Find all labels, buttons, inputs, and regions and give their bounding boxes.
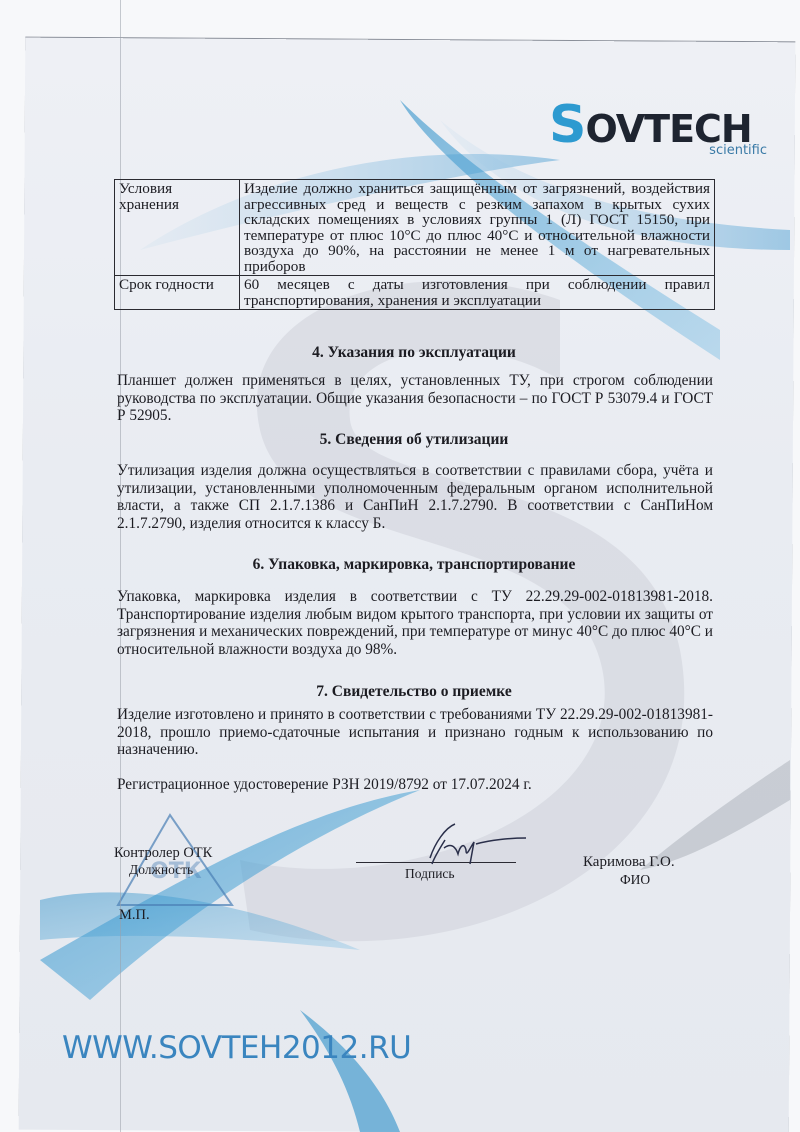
section-text-acceptance: Изделие изготовлено и принято в соответс…: [117, 706, 713, 759]
section-title-operation: 4. Указания по эксплуатации: [114, 344, 714, 362]
footer-website: WWW.SOVTEH2012.RU: [62, 1030, 411, 1066]
section-title-disposal: 5. Сведения об утилизации: [114, 431, 714, 449]
table-row: Условия хранения Изделие должно хранитьс…: [115, 180, 715, 276]
section-text-operation: Планшет должен применяться в целях, уста…: [117, 372, 713, 425]
name-value: Каримова Г.О.: [583, 854, 675, 871]
section-title-packaging: 6. Упаковка, маркировка, транспортирован…: [114, 556, 714, 574]
specification-table: Условия хранения Изделие должно хранитьс…: [114, 179, 715, 310]
name-label: ФИО: [620, 872, 650, 888]
position-label: Должность: [129, 862, 193, 878]
table-key: Срок годности: [115, 276, 240, 310]
registration-certificate: Регистрационное удостоверение РЗН 2019/8…: [117, 776, 532, 794]
table-value: Изделие должно храниться защищённым от з…: [240, 180, 715, 276]
table-value: 60 месяцев с даты изготовления при соблю…: [240, 276, 715, 310]
sovtech-logo: SOVTECH scientific: [549, 105, 779, 158]
table-row: Срок годности 60 месяцев с даты изготовл…: [115, 276, 715, 310]
position-value: Контролер ОТК: [114, 845, 212, 862]
table-key: Условия хранения: [115, 180, 240, 276]
stamp-label: М.П.: [119, 907, 150, 924]
section-text-packaging: Упаковка, маркировка изделия в соответст…: [117, 588, 713, 658]
signature-label: Подпись: [405, 866, 455, 882]
logo-initial: S: [549, 95, 585, 155]
section-text-disposal: Утилизация изделия должна осуществляться…: [117, 462, 713, 532]
handwritten-signature: [400, 818, 530, 868]
section-title-acceptance: 7. Свидетельство о приемке: [114, 683, 714, 701]
